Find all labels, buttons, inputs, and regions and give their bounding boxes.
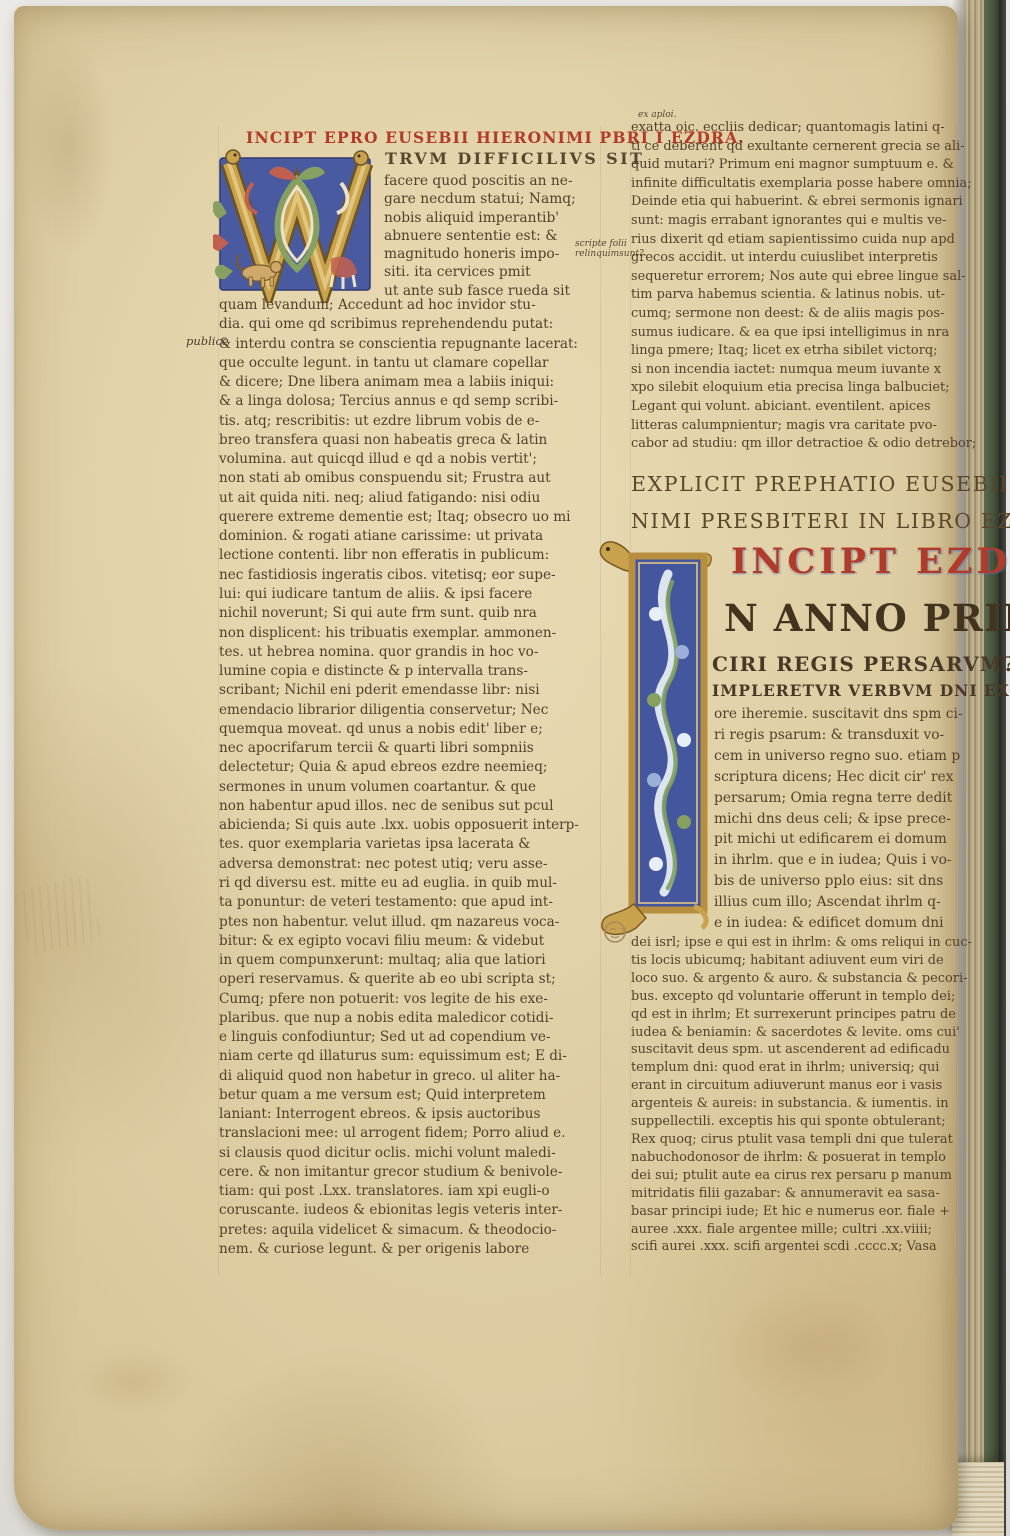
text-line: pit michi ut edificarem ei domum — [714, 829, 958, 850]
text-line: quemqua moveat. qd unus a nobis edit' li… — [219, 720, 599, 739]
text-line: cere. & non imitantur grecor studium & b… — [219, 1163, 599, 1182]
text-line: bis de universo pplo eius: sit dns — [714, 871, 958, 892]
text-line: qd est in ihrlm; Et surrexerunt principe… — [631, 1006, 959, 1024]
text-line: tiam: qui post .Lxx. translatores. iam x… — [219, 1182, 599, 1201]
left-column-indented-text: facere quod poscitis an ne-gare necdum s… — [384, 172, 600, 300]
text-line: Cumq; pfere non potuerit: vos legite de … — [219, 990, 599, 1009]
binding-board — [984, 0, 999, 1536]
explicit-heading: EXPLICIT PREPHATIO EUSEBII IHERO- NIMI P… — [631, 466, 961, 540]
text-line: scribant; Nichil eni pderit emendasse li… — [219, 681, 599, 700]
text-line: cem in universo regno suo. etiam p — [714, 746, 958, 767]
text-line: templum dni: quod erat in ihrlm; univers… — [631, 1059, 959, 1077]
text-line: abnuere sententie est: & — [384, 227, 600, 245]
text-line: non habentur apud illos. nec de senibus … — [219, 797, 599, 816]
text-line: suppellectili. exceptis his qui sponte o… — [631, 1113, 959, 1131]
text-line: non displicent: his tribuatis exemplar. … — [219, 624, 599, 643]
text-line: tim parva habemus scientia. & latinus no… — [631, 286, 957, 305]
explicit-line: EXPLICIT PREPHATIO EUSEBII IHERO- — [631, 466, 961, 503]
text-line: emendacio librarior diligentia conservet… — [219, 701, 599, 720]
text-line: & interdu contra se conscientia repugnan… — [219, 335, 599, 354]
text-line: sermones in unum volumen coartantur. & q… — [219, 778, 599, 797]
parchment-stain — [714, 1286, 894, 1406]
left-column-text: quam levandum; Accedunt ad hoc invidor s… — [219, 296, 599, 1259]
text-line: pretes: aquila videlicet & simacum. & th… — [219, 1221, 599, 1240]
text-line: plaribus. que nup a nobis edita maledico… — [219, 1009, 599, 1028]
parchment-stain — [74, 1346, 194, 1416]
text-line: nabuchodonosor de ihrlm: & posuerat in t… — [631, 1149, 959, 1167]
text-line: illius cum illo; Ascendat ihrlm q- — [714, 892, 958, 913]
text-line: loco suo. & argento & auro. & substancia… — [631, 970, 959, 988]
text-line: rius dixerit qd etiam sapientissimo cuid… — [631, 231, 957, 250]
text-line: lumine copia e distincte & p intervalla … — [219, 662, 599, 681]
text-line: persarum; Omia regna terre dedit — [714, 788, 958, 809]
binding-shadow — [999, 0, 1006, 1536]
text-line: exatta oic. eccliis dedicar; quantomagis… — [631, 119, 957, 138]
parchment-stain — [24, 36, 114, 256]
text-line: quid mutari? Primum eni magnor sumptuum … — [631, 156, 957, 175]
display-capitals-impleretur: IMPLERETVR VERBVM DNI EX — [712, 681, 1010, 700]
text-line: ri qd diversu est. mitte eu ad euglia. i… — [219, 874, 599, 893]
text-line: iudea & beniamin: & sacerdotes & levite.… — [631, 1024, 959, 1042]
text-line: si clausis quod dicitur oclis. michi vol… — [219, 1144, 599, 1163]
text-line: sequeretur errorem; Nos aute qui ebree l… — [631, 268, 957, 287]
display-capitals-ciri-regis: CIRI REGIS PERSARVM? VT — [712, 652, 1010, 676]
text-line: gare necdum statui; Namq; — [384, 190, 600, 208]
text-line: volumina. aut quicqd illud e qd a nobis … — [219, 450, 599, 469]
text-line: erant in circuitum adiuverunt manus eor … — [631, 1077, 959, 1095]
text-line: betur quam a me versum est; Quid interpr… — [219, 1086, 599, 1105]
text-line: cabor ad studiu: qm illor detractioe & o… — [631, 435, 957, 454]
ezra-indented-text: ore iheremie. suscitavit dns spm ci-ri r… — [714, 704, 958, 934]
text-line: dia. qui ome qd scribimus reprehendendu … — [219, 315, 599, 334]
corner-page-stack — [952, 1462, 1004, 1536]
text-line: coruscante. iudeos & ebionitas legis vet… — [219, 1201, 599, 1220]
text-line: linga pmere; Itaq; licet ex etrha sibile… — [631, 342, 957, 361]
text-line: ti ce deberent qd exultante cernerent gr… — [631, 138, 957, 157]
text-line: nobis aliquid imperantib' — [384, 209, 600, 227]
text-line: nem. & curiose legunt. & per origenis la… — [219, 1240, 599, 1259]
text-line: sumus iudicare. & ea que ipsi intelligim… — [631, 324, 957, 343]
text-line: nec apocrifarum tercii & quarti libri so… — [219, 739, 599, 758]
text-line: non stati ab omibus conspuendu sit; Frus… — [219, 469, 599, 488]
text-line: breo transfera quasi non habeatis greca … — [219, 431, 599, 450]
text-line: tis locis ubicumq; habitant adiuvent eum… — [631, 952, 959, 970]
text-line: Deinde etia qui habuerint. & ebrei sermo… — [631, 193, 957, 212]
text-line: in ihrlm. que e in iudea; Quis i vo- — [714, 850, 958, 871]
ink-show-through — [15, 874, 103, 956]
text-line: xpo silebit eloquium etia precisa linga … — [631, 379, 957, 398]
text-line: translacioni mee: ul arrogent fidem; Por… — [219, 1124, 599, 1143]
text-line: dei isrl; ipse e qui est in ihrlm: & oms… — [631, 934, 959, 952]
margin-note-publice: publice — [186, 334, 229, 348]
text-line: lui: qui iudicare tantum de aliis. & ips… — [219, 585, 599, 604]
text-line: scriptura dicens; Hec dicit cir' rex — [714, 767, 958, 788]
text-line: & a linga dolosa; Tercius annus e qd sem… — [219, 392, 599, 411]
text-line: cumq; sermone non deest: & de aliis magi… — [631, 305, 957, 324]
text-line: tes. quor exemplaria varietas ipsa lacer… — [219, 835, 599, 854]
text-line: quam levandum; Accedunt ad hoc invidor s… — [219, 296, 599, 315]
text-line: basar principi iude; Et hic e numerus eo… — [631, 1203, 959, 1221]
text-line: grecos accidit. ut interdu cuiuslibet in… — [631, 249, 957, 268]
text-line: bitur: & ex egipto vocavi filiu meum: & … — [219, 932, 599, 951]
text-line: dominion. & rogati atiane carissime: ut … — [219, 527, 599, 546]
text-line: & dicere; Dne libera animam mea a labiis… — [219, 373, 599, 392]
text-line: mitridatis filii gazabar: & annumeravit … — [631, 1185, 959, 1203]
manuscript-photo: { "colors":{ "rubric_red":"#b23a28", "in… — [0, 0, 1010, 1536]
text-line: ore iheremie. suscitavit dns spm ci- — [714, 704, 958, 725]
text-line: bus. excepto qd voluntarie offerunt in t… — [631, 988, 959, 1006]
text-line: abicienda; Si quis aute .lxx. uobis oppo… — [219, 816, 599, 835]
text-line: nec fastidiosis ingeratis cibos. vitetis… — [219, 566, 599, 585]
text-line: suscitavit deus spm. ut ascenderent ad e… — [631, 1041, 959, 1059]
text-line: Legant qui volunt. abiciant. eventilent.… — [631, 398, 957, 417]
text-line: auree .xxx. fiale argentee mille; cultri… — [631, 1221, 959, 1239]
text-line: litteras calumpnientur; magis vra carita… — [631, 417, 957, 436]
text-line: que occulte legunt. in tantu ut clamare … — [219, 354, 599, 373]
text-line: dei sui; ptulit aute ea cirus rex persar… — [631, 1167, 959, 1185]
text-line: laniant: Interrogent ebreos. & ipsis auc… — [219, 1105, 599, 1124]
text-line: querere extreme dementie est; Itaq; obse… — [219, 508, 599, 527]
text-line: di aliquid quod non habetur in greco. ul… — [219, 1067, 599, 1086]
text-line: ri regis psarum: & transduxit vo- — [714, 725, 958, 746]
illuminated-initial-V — [213, 143, 381, 303]
text-line: operi reservamus. & querite ab eo ubi sc… — [219, 970, 599, 989]
text-line: e linguis confodiuntur; Sed ut ad copend… — [219, 1028, 599, 1047]
text-line: magnitudo honeris impo- — [384, 245, 600, 263]
text-line: nichil noverunt; Si qui aute frm sunt. q… — [219, 604, 599, 623]
text-line: lectione contenti. libr non efferatis in… — [219, 546, 599, 565]
page-stack-edge — [966, 0, 984, 1536]
book-binding-edge — [952, 0, 1010, 1536]
opening-capitals: TRVM DIFFICILIVS SIT — [385, 149, 644, 168]
text-line: niam certe qd illaturus sum: equissimum … — [219, 1047, 599, 1066]
text-line: ut ait quida niti. neq; aliud fatigando:… — [219, 489, 599, 508]
text-line: tis. atq; rescribitis: ut ezdre librum v… — [219, 412, 599, 431]
text-line: ptes non habentur. velut illud. qm nazar… — [219, 913, 599, 932]
illuminated-initial-I — [598, 530, 718, 950]
text-line: tes. ut hebrea nomina. quor grandis in h… — [219, 643, 599, 662]
right-column-text: exatta oic. eccliis dedicar; quantomagis… — [631, 119, 957, 454]
rubric-incipit-ezdras: INCIPT EZDAS — [731, 541, 1010, 582]
text-line: delectetur; Quia & apud ebreos ezdre nee… — [219, 758, 599, 777]
text-line: in quem compunxerunt: multaq; alia que l… — [219, 951, 599, 970]
text-line: infinite difficultatis exemplaria posse … — [631, 175, 957, 194]
text-line: argenteis & aureis: in substancia. & ium… — [631, 1095, 959, 1113]
text-line: scifi aurei .xxx. scifi argentei scdi .c… — [631, 1238, 959, 1256]
text-line: si non incendia iactet: numqua meum iuva… — [631, 361, 957, 380]
text-line: sunt: magis errabant ignorantes qui e mu… — [631, 212, 957, 231]
display-capitals-in-anno-primo: N ANNO PRIMO — [724, 596, 1010, 640]
text-line: siti. ita cervices pmit — [384, 263, 600, 281]
text-line: e in iudea: & edificet domum dni — [714, 913, 958, 934]
text-line: adversa demonstrat: nec potest utiq; ver… — [219, 855, 599, 874]
ezra-text: dei isrl; ipse e qui est in ihrlm: & oms… — [631, 934, 959, 1256]
text-line: Rex quoq; cirus ptulit vasa templi dni q… — [631, 1131, 959, 1149]
text-line: michi dns deus celi; & ipse prece- — [714, 809, 958, 830]
text-line: facere quod poscitis an ne- — [384, 172, 600, 190]
text-line: ta ponuntur: de veteri testamento: que a… — [219, 893, 599, 912]
